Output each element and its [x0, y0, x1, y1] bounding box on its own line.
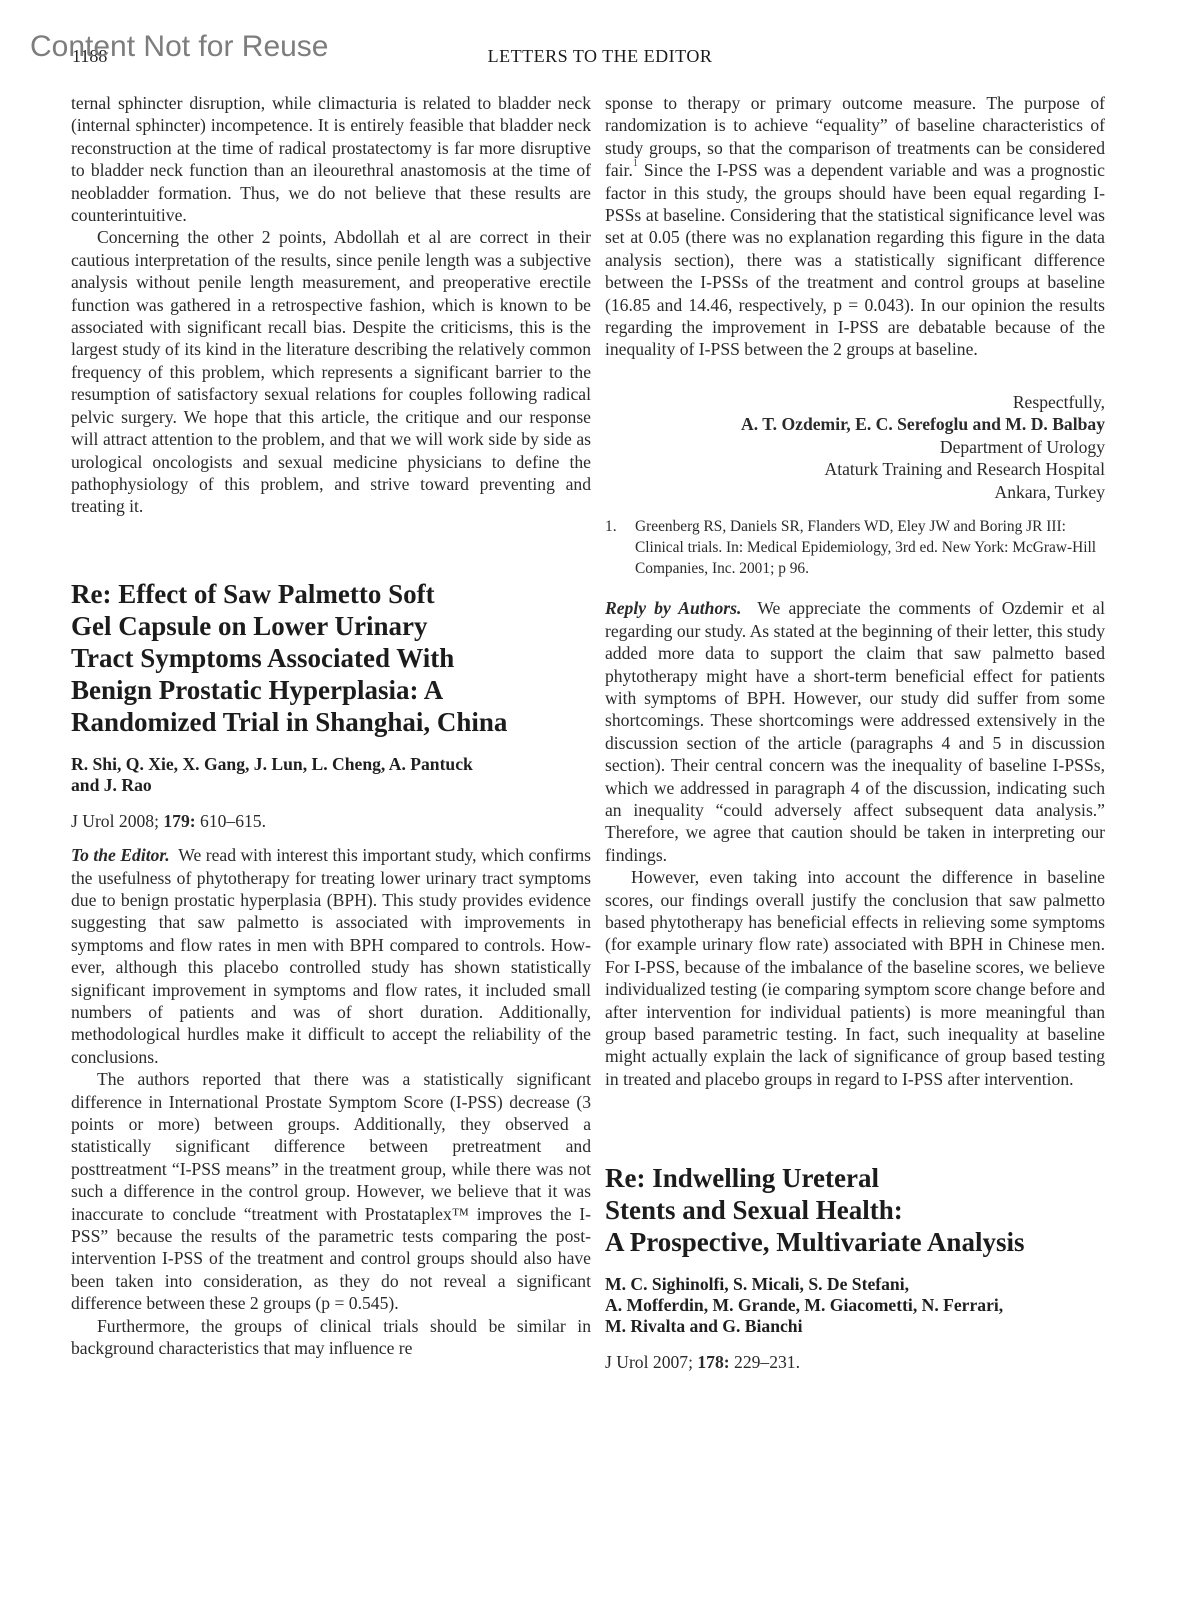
- reference-item: 1. Greenberg RS, Daniels SR, Flanders WD…: [605, 517, 1105, 579]
- watermark: Content Not for Reuse: [30, 30, 329, 64]
- article-title-line: Gel Capsule on Lower Urinary: [71, 610, 591, 642]
- article-title-line: Benign Prostatic Hyperplasia: A: [71, 674, 591, 706]
- citation-journal: J Urol 2007;: [605, 1352, 697, 1372]
- article-title-line: Re: Effect of Saw Palmetto Soft: [71, 578, 591, 610]
- article-title-line: Randomized Trial in Shanghai, China: [71, 706, 591, 738]
- letter-text: Since the I-PSS was a depen­dent variabl…: [605, 160, 1105, 359]
- citation-volume: 179:: [163, 811, 195, 831]
- right-column: sponse to therapy or primary outcome mea…: [605, 92, 1105, 1374]
- reference-text: Greenberg RS, Daniels SR, Flanders WD, E…: [635, 517, 1105, 579]
- signoff-location: Ankara, Turkey: [605, 481, 1105, 503]
- letter-continuation: sponse to therapy or primary outcome mea…: [605, 92, 1105, 361]
- citation-volume: 178:: [697, 1352, 729, 1372]
- article-title-line: Tract Symptoms Associated With: [71, 642, 591, 674]
- signoff-closing: Respectfully,: [605, 391, 1105, 413]
- next-article-citation: J Urol 2007; 178: 229–231.: [605, 1351, 1105, 1373]
- letter-runin: To the Editor.: [71, 845, 170, 865]
- signoff-institution: Ataturk Training and Research Hospital: [605, 458, 1105, 480]
- next-article-authors: M. C. Sighinolfi, S. Micali, S. De Stefa…: [605, 1274, 1105, 1337]
- citation-pages: 610–615.: [196, 811, 266, 831]
- article-authors: R. Shi, Q. Xie, X. Gang, J. Lun, L. Chen…: [71, 754, 591, 796]
- reply-paragraph: Reply by Authors. We appreciate the comm…: [605, 597, 1105, 866]
- article-title: Re: Effect of Saw Palmetto Soft Gel Caps…: [71, 578, 591, 738]
- authors-line: and J. Rao: [71, 775, 591, 796]
- authors-line: A. Mofferdin, M. Grande, M. Giacometti, …: [605, 1295, 1105, 1316]
- citation-pages: 229–231.: [730, 1352, 800, 1372]
- reply-runin: Reply by Authors.: [605, 598, 741, 618]
- signoff-names: A. T. Ozdemir, E. C. Serefoglu and M. D.…: [605, 413, 1105, 435]
- reply-text: We appreciate the comments of Ozdemir et…: [605, 598, 1105, 864]
- letter-paragraph: To the Editor. We read with interest thi…: [71, 844, 591, 1068]
- article-title-line: Re: Indwelling Ureteral: [605, 1162, 1105, 1194]
- reference-number: 1.: [605, 517, 635, 579]
- letter-signoff: Respectfully, A. T. Ozdemir, E. C. Seref…: [605, 391, 1105, 503]
- next-article-title: Re: Indwelling Ureteral Stents and Sexua…: [605, 1162, 1105, 1258]
- authors-line: R. Shi, Q. Xie, X. Gang, J. Lun, L. Chen…: [71, 754, 591, 775]
- reply-paragraph: However, even taking into account the di…: [605, 866, 1105, 1090]
- signoff-department: Department of Urology: [605, 436, 1105, 458]
- article-title-line: Stents and Sexual Health:: [605, 1194, 1105, 1226]
- letter-text: We read with interest this important stu…: [71, 845, 591, 1067]
- authors-line: M. C. Sighinolfi, S. Micali, S. De Stefa…: [605, 1274, 1105, 1295]
- article-citation: J Urol 2008; 179: 610–615.: [71, 810, 591, 832]
- article-title-line: A Prospective, Multivariate Analysis: [605, 1226, 1105, 1258]
- left-column: ternal sphincter disruption, while clima…: [71, 92, 591, 1359]
- body-paragraph: Concerning the other 2 points, Abdollah …: [71, 226, 591, 517]
- body-paragraph: ternal sphincter disruption, while clima…: [71, 92, 591, 226]
- letter-paragraph: The authors reported that there was a st…: [71, 1068, 591, 1314]
- letter-paragraph: Furthermore, the groups of clinical tria…: [71, 1315, 591, 1360]
- citation-journal: J Urol 2008;: [71, 811, 163, 831]
- authors-line: M. Rivalta and G. Bianchi: [605, 1316, 1105, 1337]
